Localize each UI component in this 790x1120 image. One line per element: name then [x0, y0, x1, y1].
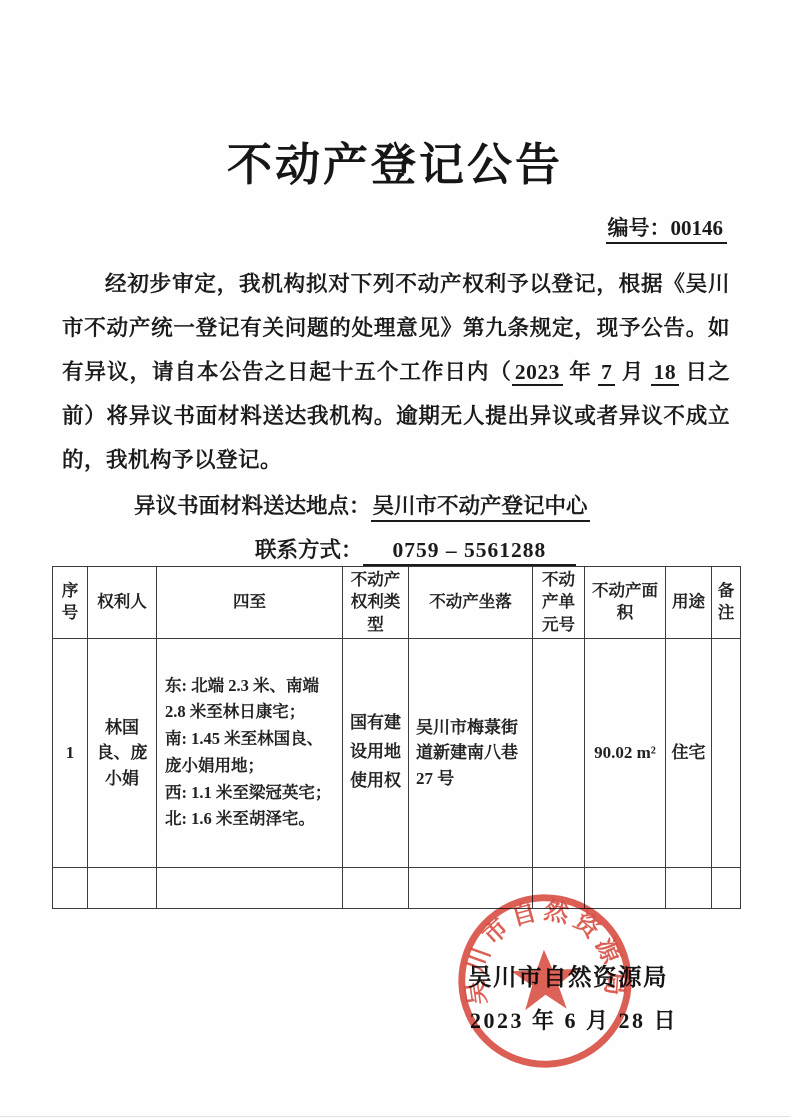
- deadline-day: 18: [651, 360, 680, 386]
- empty-cell: [53, 867, 88, 908]
- cell-seq: 1: [53, 638, 88, 867]
- header-right-type: 不动产权利类型: [343, 567, 409, 639]
- deadline-year: 2023: [512, 360, 563, 386]
- empty-cell: [712, 867, 741, 908]
- empty-cell: [666, 867, 712, 908]
- header-usage: 用途: [666, 567, 712, 639]
- header-seq: 序号: [53, 567, 88, 639]
- doc-number-label: 编号：: [608, 216, 671, 240]
- doc-number-value: 00146: [671, 216, 724, 240]
- contact-line: 联系方式：0759 – 5561288: [62, 530, 730, 570]
- page-title: 不动产登记公告: [0, 128, 790, 193]
- table-empty-row: [53, 867, 741, 908]
- empty-cell: [343, 867, 409, 908]
- deadline-month: 7: [598, 360, 615, 386]
- cell-holder: 林国良、庞小娟: [88, 638, 157, 867]
- body-block: 经初步审定，我机构拟对下列不动产权利予以登记，根据《吴川市不动产统一登记有关问题…: [62, 262, 730, 570]
- header-holder: 权利人: [88, 567, 157, 639]
- cell-usage: 住宅: [666, 638, 712, 867]
- document-page: 不动产登记公告 编号：00146 经初步审定，我机构拟对下列不动产权利予以登记，…: [0, 0, 790, 1120]
- table-row: 1 林国良、庞小娟 东: 北端 2.3 米、南端 2.8 米至林日康宅； 南: …: [53, 638, 741, 867]
- address-label: 异议书面材料送达地点：: [134, 494, 371, 518]
- header-remark: 备注: [712, 567, 741, 639]
- doc-number: 编号：00146: [606, 212, 728, 242]
- paragraph-segment: 年: [563, 360, 598, 384]
- header-boundaries: 四至: [157, 567, 343, 639]
- cell-area: 90.02 m²: [585, 638, 666, 867]
- official-seal-stamp: 吴川市自然资源局: [448, 885, 642, 1077]
- header-unit-no: 不动产单元号: [533, 567, 585, 639]
- cell-right-type: 国有建设用地使用权: [343, 638, 409, 867]
- cell-boundaries: 东: 北端 2.3 米、南端 2.8 米至林日康宅； 南: 1.45 米至林国良…: [157, 638, 343, 867]
- paragraph-segment: 月: [615, 360, 650, 384]
- empty-cell: [88, 867, 157, 908]
- cell-remark: [712, 638, 741, 867]
- header-location: 不动产坐落: [409, 567, 533, 639]
- address-value: 吴川市不动产登记中心: [371, 494, 590, 522]
- table-header-row: 序号 权利人 四至 不动产权利类型 不动产坐落 不动产单元号 不动产面积 用途 …: [53, 567, 741, 639]
- header-area: 不动产面积: [585, 567, 666, 639]
- cell-location: 吴川市梅菉街道新建南八巷 27 号: [409, 638, 533, 867]
- star-icon: [510, 949, 579, 1011]
- announcement-paragraph: 经初步审定，我机构拟对下列不动产权利予以登记，根据《吴川市不动产统一登记有关问题…: [62, 262, 730, 482]
- registration-table: 序号 权利人 四至 不动产权利类型 不动产坐落 不动产单元号 不动产面积 用途 …: [52, 566, 741, 909]
- contact-label: 联系方式：: [255, 538, 363, 562]
- address-line: 异议书面材料送达地点：吴川市不动产登记中心: [62, 486, 730, 526]
- cell-unit-no: [533, 638, 585, 867]
- empty-cell: [157, 867, 343, 908]
- contact-value: 0759 – 5561288: [363, 538, 577, 566]
